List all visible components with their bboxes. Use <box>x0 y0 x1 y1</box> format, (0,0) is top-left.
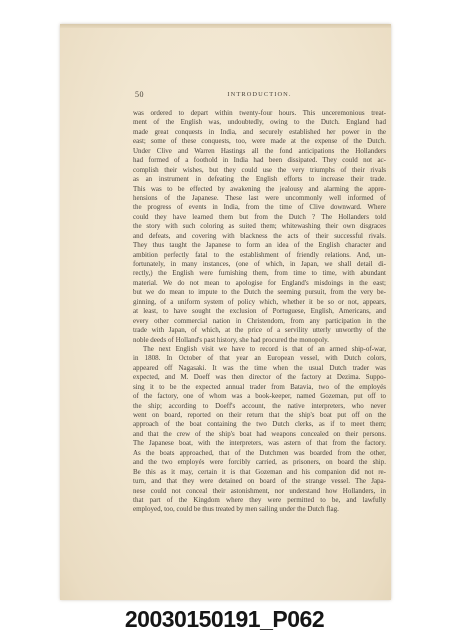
paragraph: The next English visit we have to record… <box>133 345 386 515</box>
running-header-title: INTRODUCTION. <box>133 91 386 98</box>
text-line: of the factory, one of whom was a book-k… <box>133 392 386 401</box>
text-line: The Japanese boat, with the interpreters… <box>133 439 386 448</box>
text-line: went on board, reported on their return … <box>133 411 386 420</box>
text-line: was ordered to depart within twenty-four… <box>133 109 386 118</box>
text-line: and defeats, and covering with blackness… <box>133 232 386 241</box>
text-line: hensions of the Japanese. These last wer… <box>133 194 386 203</box>
text-line: sing it to be the expected annual trader… <box>133 383 386 392</box>
text-line: ginning, of a uniform system of policy w… <box>133 298 386 307</box>
photo-id-label: 20030150191_P062 <box>0 606 449 633</box>
text-line: expected, and M. Doeff was then director… <box>133 373 386 382</box>
text-line: ment of the English was, undoubtedly, ow… <box>133 118 386 127</box>
text-line: as an instrument in defeating the Englis… <box>133 175 386 184</box>
running-head: 50 INTRODUCTION. <box>133 90 386 102</box>
text-line: east; some of these conquests, too, were… <box>133 137 386 146</box>
text-line: Be this as it may, certain it is that Go… <box>133 468 386 477</box>
text-line: turn, and that they were detained on boa… <box>133 477 386 486</box>
text-line: Under Clive and Warren Hastings all the … <box>133 147 386 156</box>
text-line: the progress of events in India, from th… <box>133 203 386 212</box>
text-line: complish their wishes, but they could us… <box>133 166 386 175</box>
text-line: the ship; according to Doeff's account, … <box>133 402 386 411</box>
text-line: approach of the boat containing the two … <box>133 420 386 429</box>
text-line: This was to be effected by awakening the… <box>133 185 386 194</box>
text-line: in 1808. In October of that year an Euro… <box>133 354 386 363</box>
scanned-page-photo: 50 INTRODUCTION. was ordered to depart w… <box>0 0 449 640</box>
text-line: every other commercial nation in Christe… <box>133 317 386 326</box>
text-line: but we do mean to impute to the Dutch th… <box>133 288 386 297</box>
text-line: that part of the Kingdom where they were… <box>133 496 386 505</box>
page-top-edge <box>60 24 391 28</box>
text-line: the story with such coloring as suited t… <box>133 222 386 231</box>
text-line: appeared off Nagasaki. It was the time w… <box>133 364 386 373</box>
text-line: nese could not conceal their astonishmen… <box>133 487 386 496</box>
text-line: had formed of a foothold in India had be… <box>133 156 386 165</box>
book-page: 50 INTRODUCTION. was ordered to depart w… <box>60 24 391 600</box>
paragraph: was ordered to depart within twenty-four… <box>133 109 386 345</box>
text-line: fortunately, in many instances, (one of … <box>133 260 386 269</box>
text-line: They thus taught the Japanese to form an… <box>133 241 386 250</box>
text-line: noble deeds of Holland's past history, s… <box>133 336 386 345</box>
text-line: ambition perfectly fatal to the establis… <box>133 251 386 260</box>
text-line: made great conquests in India, and secur… <box>133 128 386 137</box>
text-line: The next English visit we have to record… <box>133 345 386 354</box>
text-line: trade with Japan, of which, at the price… <box>133 326 386 335</box>
text-line: material. We do not mean to apologise fo… <box>133 279 386 288</box>
text-line: As the boats approached, that of the Dut… <box>133 449 386 458</box>
text-line: employed, too, could be thus treated by … <box>133 505 386 514</box>
text-line: and that the crew of the ship's boat had… <box>133 430 386 439</box>
text-line: could they have learned them but from th… <box>133 213 386 222</box>
text-line: rectly,) the English were furnishing the… <box>133 269 386 278</box>
text-line: at least, to have sought the exclusion o… <box>133 307 386 316</box>
body-text-block: was ordered to depart within twenty-four… <box>133 109 386 515</box>
text-line: and the two employés were forcibly carri… <box>133 458 386 467</box>
